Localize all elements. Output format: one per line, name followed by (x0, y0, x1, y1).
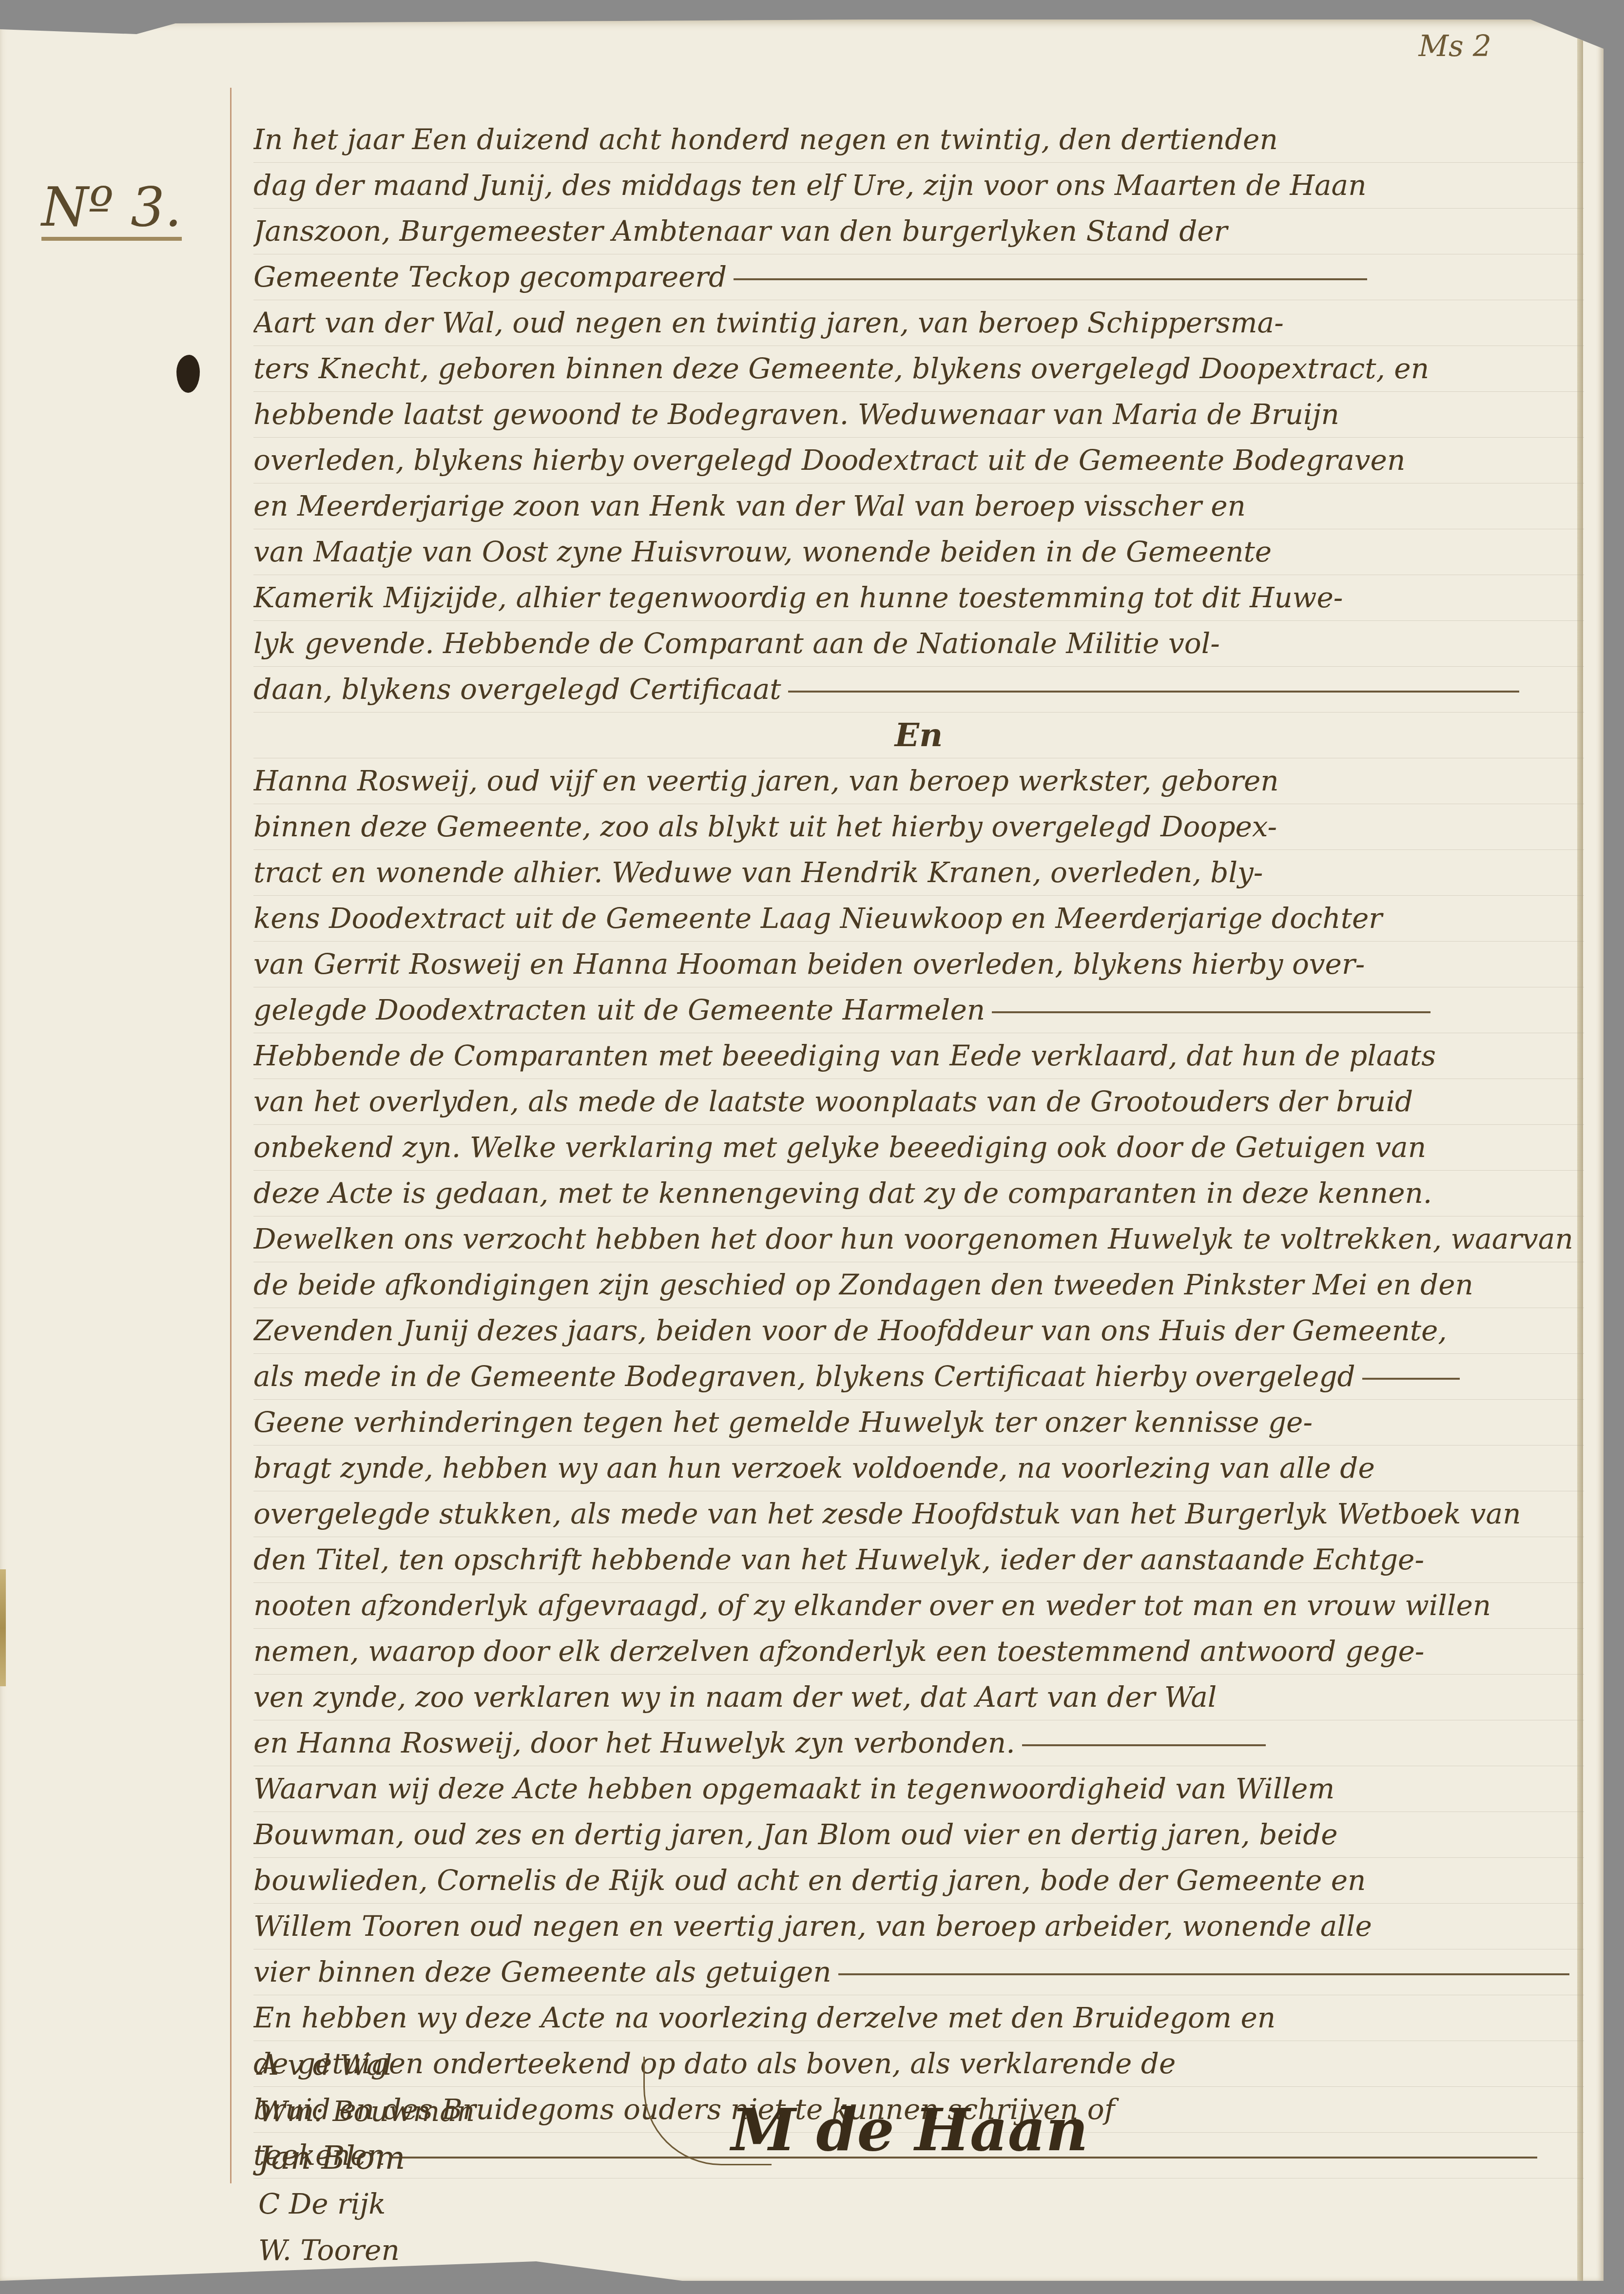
text-line: ven zynde, zoo verklaren wy in naam der … (253, 1675, 1584, 1720)
text-line: bragt zynde, hebben wy aan hun verzoek v… (253, 1446, 1584, 1491)
text-line: dag der maand Junij, des middags ten elf… (253, 163, 1584, 209)
official-signature: M de Haan (731, 2096, 1088, 2164)
fill-stroke (1362, 1378, 1460, 1380)
text-line: ters Knecht, geboren binnen deze Gemeent… (253, 346, 1584, 392)
groom-line: Aart van der Wal, oud negen en twintig j… (253, 300, 1584, 346)
text-line: Willem Tooren oud negen en veertig jaren… (253, 1904, 1584, 1949)
bride-line: Hanna Rosweij, oud vijf en veertig jaren… (253, 758, 1584, 804)
register-page: Ms 2 Nº 3. In het jaar Een duizend acht … (0, 19, 1604, 2281)
text-line: daan, blykens overgelegd Certificaat (253, 667, 1584, 713)
text-line: nemen, waarop door elk derzelven afzonde… (253, 1629, 1584, 1675)
text-line: overleden, blykens hierby overgelegd Doo… (253, 438, 1584, 483)
text-line: Kamerik Mijzijde, alhier tegenwoordig en… (253, 575, 1584, 621)
text-line: onbekend zyn. Welke verklaring met gelyk… (253, 1125, 1584, 1171)
signature-witness: Jan Blom (258, 2135, 475, 2181)
signature-witness: W. Tooren (258, 2227, 475, 2274)
text-line: binnen deze Gemeente, zoo als blykt uit … (253, 804, 1584, 850)
conjunction-en: En (253, 713, 1584, 758)
text-line: In het jaar Een duizend acht honderd neg… (253, 117, 1584, 163)
act-number: Nº 3. (41, 180, 182, 241)
text-line: en Meerderjarige zoon van Henk van der W… (253, 483, 1584, 529)
text-line: gelegde Doodextracten uit de Gemeente Ha… (253, 987, 1584, 1033)
text-line: bouwlieden, Cornelis de Rijk oud acht en… (253, 1858, 1584, 1904)
text-line: hebbende laatst gewoond te Bodegraven. W… (253, 392, 1584, 438)
register-text: In het jaar Een duizend acht honderd neg… (253, 117, 1584, 2178)
text-line: Geene verhinderingen tegen het gemelde H… (253, 1400, 1584, 1446)
text-line: tract en wonende alhier. Weduwe van Hend… (253, 850, 1584, 896)
fill-stroke (1022, 1744, 1266, 1746)
text-line: van Gerrit Rosweij en Hanna Hooman beide… (253, 942, 1584, 987)
text-line: Bouwman, oud zes en dertig jaren, Jan Bl… (253, 1812, 1584, 1858)
text-line: Gemeente Teckop gecompareerd (253, 254, 1584, 300)
text-line: nooten afzonderlyk afgevraagd, of zy elk… (253, 1583, 1584, 1629)
signature-witness: Wm: Bouwman (258, 2088, 475, 2135)
text-line: Waarvan wij deze Acte hebben opgemaakt i… (253, 1766, 1584, 1812)
folio-mark: Ms 2 (1419, 29, 1491, 63)
text-line: Hebbende de Comparanten met beeediging v… (253, 1033, 1584, 1079)
text-line: lyk gevende. Hebbende de Comparant aan d… (253, 621, 1584, 667)
text-line: de beide afkondigingen zijn geschied op … (253, 1262, 1584, 1308)
signature-witness: C De rijk (258, 2181, 475, 2227)
fill-stroke (992, 1011, 1431, 1013)
signature-groom: A v d Wal (258, 2042, 475, 2088)
fill-stroke (734, 278, 1367, 280)
text-line: overgelegde stukken, als mede van het ze… (253, 1491, 1584, 1537)
fill-stroke (838, 1973, 1569, 1975)
text-line: van Maatje van Oost zyne Huisvrouw, wone… (253, 529, 1584, 575)
binding-stain (0, 1569, 6, 1686)
text-line: Zevenden Junij dezes jaars, beiden voor … (253, 1308, 1584, 1354)
text-line: als mede in de Gemeente Bodegraven, blyk… (253, 1354, 1584, 1400)
margin-rule (230, 88, 232, 2183)
text-line: kens Doodextract uit de Gemeente Laag Ni… (253, 896, 1584, 942)
ink-blot (176, 355, 200, 393)
fill-stroke (788, 691, 1519, 693)
text-line: Janszoon, Burgemeester Ambtenaar van den… (253, 209, 1584, 254)
text-line: vier binnen deze Gemeente als getuigen (253, 1949, 1584, 1995)
text-line: Dewelken ons verzocht hebben het door hu… (253, 1216, 1584, 1262)
text-line: den Titel, ten opschrift hebbende van he… (253, 1537, 1584, 1583)
text-line: van het overlyden, als mede de laatste w… (253, 1079, 1584, 1125)
witness-signatures: A v d Wal Wm: Bouwman Jan Blom C De rijk… (258, 2042, 475, 2274)
text-line: En hebben wy deze Acte na voorlezing der… (253, 1995, 1584, 2041)
text-line: deze Acte is gedaan, met te kennengeving… (253, 1171, 1584, 1216)
text-line: en Hanna Rosweij, door het Huwelyk zyn v… (253, 1720, 1584, 1766)
